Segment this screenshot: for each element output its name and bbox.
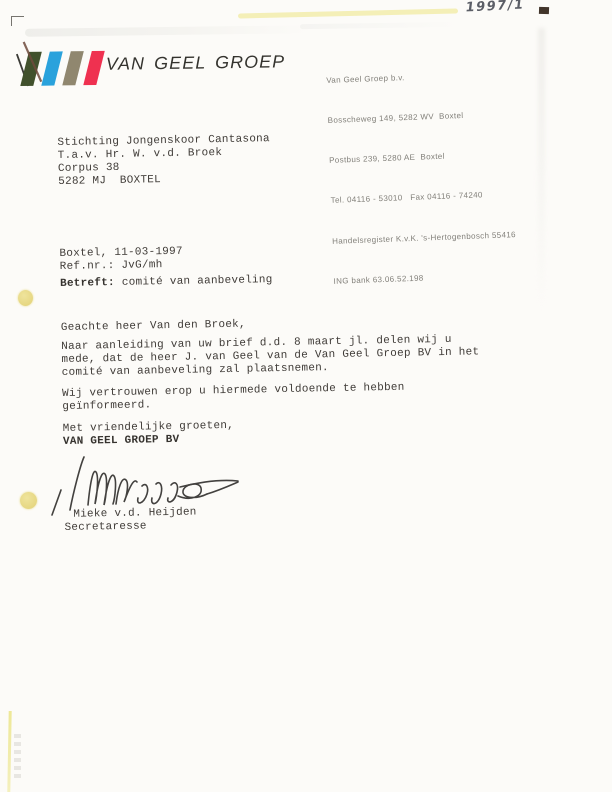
subject-label: Betreft: bbox=[60, 277, 115, 290]
recipient-line: 5282 MJ BOXTEL bbox=[58, 174, 161, 188]
closing-line: Met vriendelijke groeten, bbox=[63, 420, 234, 435]
date-line: Boxtel, 11-03-1997 bbox=[59, 246, 183, 260]
subject-line: Betreft:comité van aanbeveling bbox=[60, 274, 273, 290]
subject-text: comité van aanbeveling bbox=[122, 274, 273, 289]
salutation: Geachte heer Van den Broek, bbox=[61, 319, 246, 334]
recipient-line: T.a.v. Hr. W. v.d. Broek bbox=[58, 147, 223, 162]
signature-scribble bbox=[40, 446, 250, 526]
body-line: Wij vertrouwen erop u hiermede voldoende… bbox=[62, 382, 405, 400]
faint-edge-print bbox=[14, 734, 21, 782]
recipient-line: Stichting Jongenskoor Cantasona bbox=[57, 133, 270, 149]
scanned-letter-page: 1997/1 VAN GEEL GROEP Van Geel Groep b.v… bbox=[0, 0, 612, 792]
punch-hole-sticker bbox=[18, 290, 33, 306]
body-line: geïnformeerd. bbox=[62, 399, 151, 413]
reference-line: Ref.nr.: JvG/mh bbox=[60, 259, 163, 273]
recipient-line: Corpus 38 bbox=[58, 162, 120, 175]
punch-hole-sticker bbox=[20, 492, 37, 509]
typed-letter-content: Stichting Jongenskoor Cantasona T.a.v. H… bbox=[0, 0, 612, 792]
